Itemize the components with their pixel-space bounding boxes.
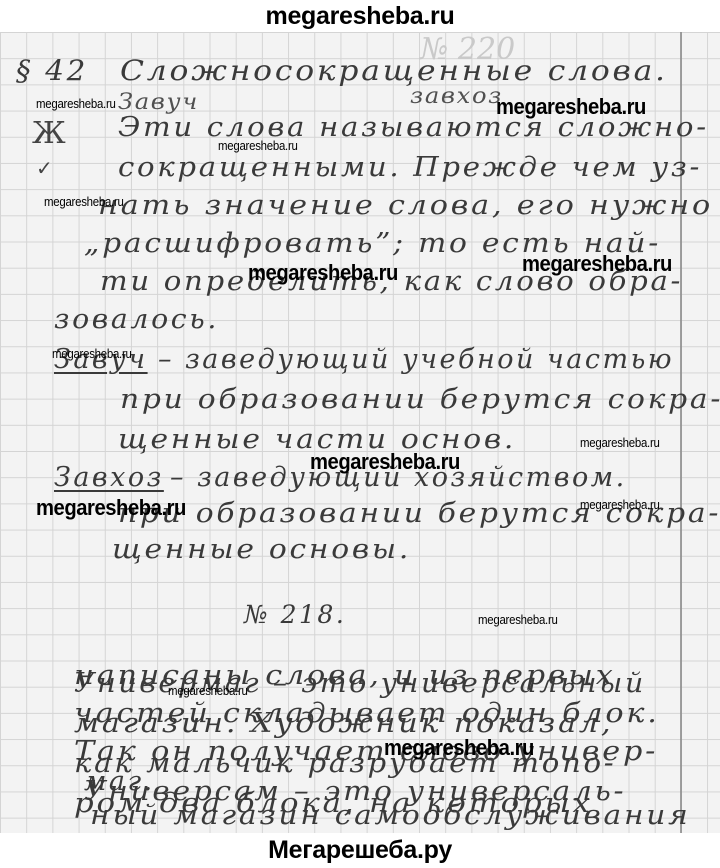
cross-mark-icon: Ж [32, 116, 68, 151]
section-title: Сложносокращенные слова. [120, 54, 668, 87]
exercise-line: написаны слова, и из первых [74, 660, 616, 691]
paragraph-line: зовалось. [54, 304, 219, 335]
check-mark-icon: ✓ [36, 156, 55, 180]
exercise-number: № 218. [244, 600, 346, 629]
definition-term: Завхоз [54, 462, 164, 493]
paragraph-line: нать значение слова, его нужно [98, 190, 713, 221]
watermark: megaresheba.ru [218, 138, 298, 153]
watermark: megaresheba.ru [384, 735, 534, 761]
definition-text: – заведующий учебной частью [158, 344, 674, 375]
site-header-title: megaresheba.ru [0, 0, 720, 32]
word-zavkhoz: завхоз [410, 84, 503, 109]
watermark: megaresheba.ru [496, 94, 646, 120]
watermark: megaresheba.ru [478, 612, 558, 627]
exercise-line: частей складывает один блок. [74, 698, 660, 729]
watermark: megaresheba.ru [580, 497, 660, 512]
exercise-line: ный магазин самообслуживания [90, 800, 691, 831]
section-number: § 42 [16, 54, 88, 87]
exercise-line: Так он получает слово универ- [74, 736, 658, 767]
watermark: megaresheba.ru [52, 346, 132, 361]
watermark: megaresheba.ru [36, 495, 186, 521]
watermark: megaresheba.ru [36, 96, 116, 111]
watermark: megaresheba.ru [580, 435, 660, 450]
watermark: megaresheba.ru [248, 260, 398, 286]
paragraph-line: сокращенными. Прежде чем уз- [118, 152, 702, 183]
site-footer-title: Мегарешеба.ру [0, 833, 720, 868]
watermark: megaresheba.ru [310, 449, 460, 475]
definition-line: щенные основы. [112, 534, 411, 565]
watermark: megaresheba.ru [522, 251, 672, 277]
definition-line: при образовании берутся сокра- [120, 384, 720, 415]
watermark: megaresheba.ru [44, 194, 124, 209]
watermark: megaresheba.ru [168, 683, 248, 698]
